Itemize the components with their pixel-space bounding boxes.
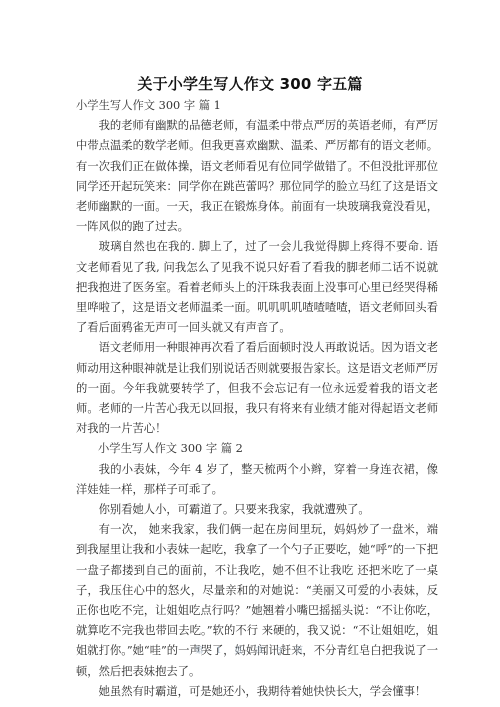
section-heading: 小学生写人作文 300 字 篇 2 <box>76 439 438 459</box>
document-page: 关于小学生写人作文 300 字五篇 小学生写人作文 300 字 篇 1 我的老师… <box>0 0 500 707</box>
paragraph: 语文老师用一种眼神再次看了看后面顿时没人再敢说话。因为语文老师动用这种眼神就是让… <box>76 338 438 439</box>
paragraph: 她虽然有时霸道，可是她还小，我期待着她快快长大，学会懂事！ <box>76 682 438 702</box>
paragraph: 我的老师有幽默的品德老师，有温柔中带点严厉的英语老师，有严厉中带点温柔的数学老师… <box>76 116 438 237</box>
section-heading: 小学生写人作文 300 字 篇 1 <box>76 96 438 116</box>
document-title: 关于小学生写人作文 300 字五篇 <box>0 73 500 95</box>
paragraph: 你别看她人小，可霸道了。只要来我家，我就遭殃了。 <box>76 500 438 520</box>
document-body: 小学生写人作文 300 字 篇 1 我的老师有幽默的品德老师，有温柔中带点严厉的… <box>76 96 438 702</box>
paragraph: 有一次， 她来我家，我们俩一起在房间里玩，妈妈炒了一盘米，端到我屋里让我和小表妹… <box>76 520 438 682</box>
paragraph: 我的小表妹，今年 4 岁了，整天梳两个小辫，穿着一身连衣裙，像洋娃娃一样，那样子… <box>76 460 438 500</box>
page-number-footer: 第 1 页 共 3 页 <box>0 645 500 657</box>
paragraph: 玻璃自然也在我的. 脚上了，过了一会儿我觉得脚上疼得不要命. 语文老师看见了我,… <box>76 237 438 338</box>
